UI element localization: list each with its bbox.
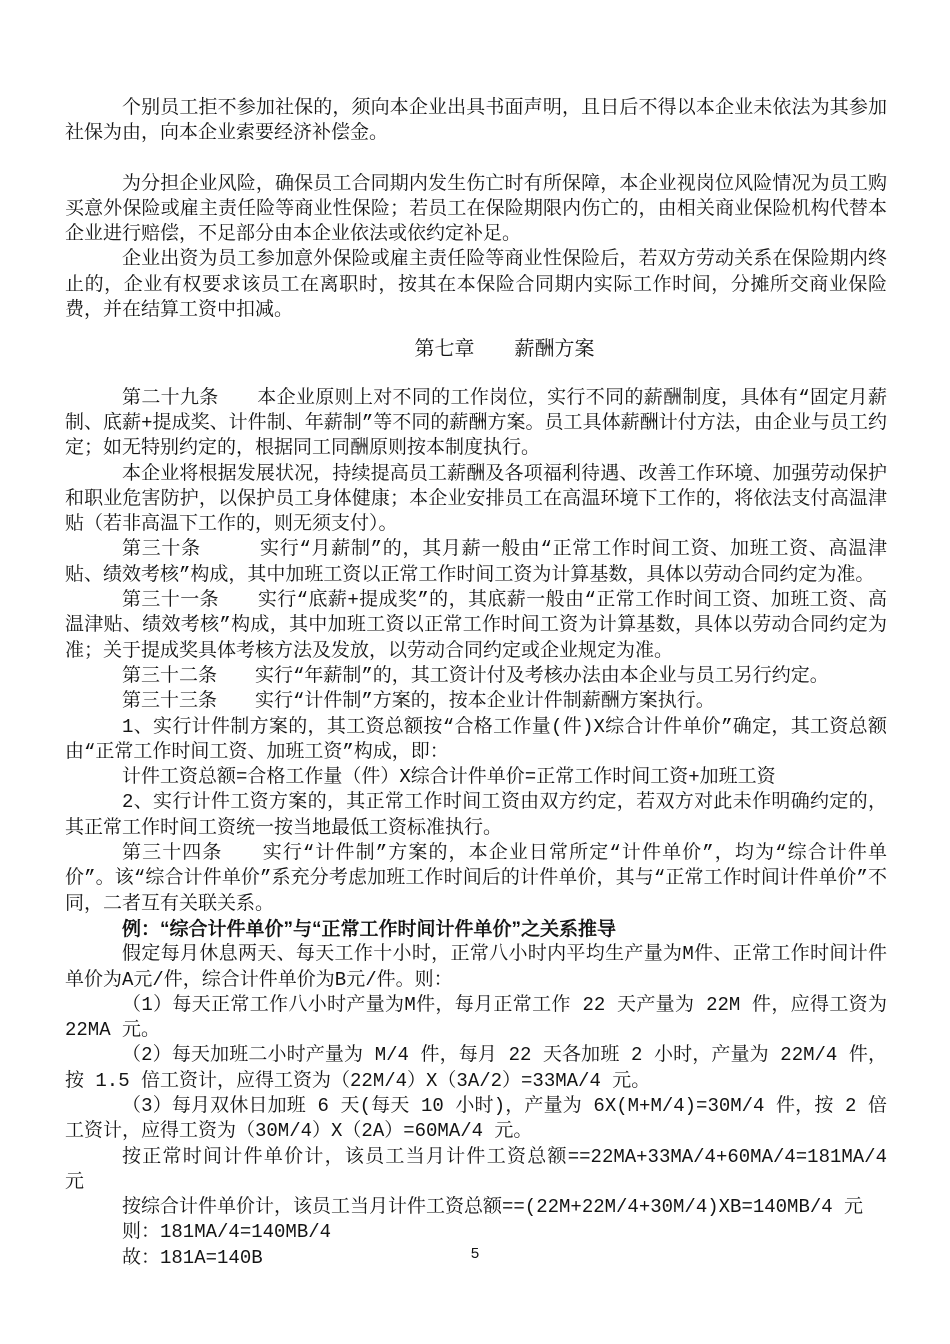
example-calc-normal-rate: 按正常时间计件单价计，该员工当月计件工资总额==22MA+33MA/4+60MA… — [65, 1145, 887, 1196]
para-accident-insurance: 为分担企业风险，确保员工合同期内发生伤亡时有所保障，本企业视岗位风险情况为员工购… — [65, 172, 887, 248]
para-insurance-cost-sharing: 企业出资为员工参加意外保险或雇主责任险等商业性保险后，若双方劳动关系在保险期内终… — [65, 247, 887, 323]
article-33: 第三十三条 实行“计件制”方案的，按本企业计件制薪酬方案执行。 — [65, 689, 887, 714]
example-case-2: （2）每天加班二小时产量为 M/4 件，每月 22 天各加班 2 小时，产量为 … — [65, 1043, 887, 1094]
para-social-insurance-waiver: 个别员工拒不参加社保的，须向本企业出具书面声明，且日后不得以本企业未依法为其参加… — [65, 96, 887, 147]
example-heading: 例：“综合计件单价”与“正常工作时间计件单价”之关系推导 — [65, 917, 887, 942]
example-case-3: （3）每月双休日加班 6 天(每天 10 小时)，产量为 6X(M+M/4)=3… — [65, 1094, 887, 1145]
page-content: 个别员工拒不参加社保的，须向本企业出具书面声明，且日后不得以本企业未依法为其参加… — [65, 96, 887, 1271]
article-32: 第三十二条 实行“年薪制”的，其工资计付及考核办法由本企业与员工另行约定。 — [65, 664, 887, 689]
page-number: 5 — [0, 1246, 950, 1263]
para-welfare-improvement: 本企业将根据发展状况，持续提高员工薪酬及各项福利待遇、改善工作环境、加强劳动保护… — [65, 462, 887, 538]
article-31: 第三十一条 实行“底薪+提成奖”的，其底薪一般由“正常工作时间工资、加班工资、高… — [65, 588, 887, 664]
article-29: 第二十九条 本企业原则上对不同的工作岗位，实行不同的薪酬制度，具体有“固定月薪制… — [65, 386, 887, 462]
example-case-1: （1）每天正常工作八小时产量为M件，每月正常工作 22 天产量为 22M 件，应… — [65, 993, 887, 1044]
example-calc-composite-rate: 按综合计件单价计，该员工当月计件工资总额==(22M+22M/4+30M/4)X… — [65, 1195, 887, 1220]
piece-rate-item-2: 2、实行计件工资方案的，其正常工作时间工资由双方约定，若双方对此未作明确约定的，… — [65, 790, 887, 841]
chapter-heading: 第七章 薪酬方案 — [65, 338, 887, 363]
example-conclusion-then: 则：181MA/4=140MB/4 — [65, 1220, 887, 1245]
document-page: 个别员工拒不参加社保的，须向本企业出具书面声明，且日后不得以本企业未依法为其参加… — [0, 0, 950, 1344]
article-34: 第三十四条 实行“计件制”方案的，本企业日常所定“计件单价”，均为“综合计件单价… — [65, 841, 887, 917]
article-30: 第三十条 实行“月薪制”的，其月薪一般由“正常工作时间工资、加班工资、高温津贴、… — [65, 537, 887, 588]
example-assumption: 假定每月休息两天、每天工作十小时，正常八小时内平均生产量为M件、正常工作时间计件… — [65, 942, 887, 993]
piece-rate-item-1: 1、实行计件制方案的，其工资总额按“合格工作量(件)X综合计件单价”确定，其工资… — [65, 715, 887, 766]
piece-wage-formula: 计件工资总额=合格工作量（件）X综合计件单价=正常工作时间工资+加班工资 — [65, 765, 887, 790]
